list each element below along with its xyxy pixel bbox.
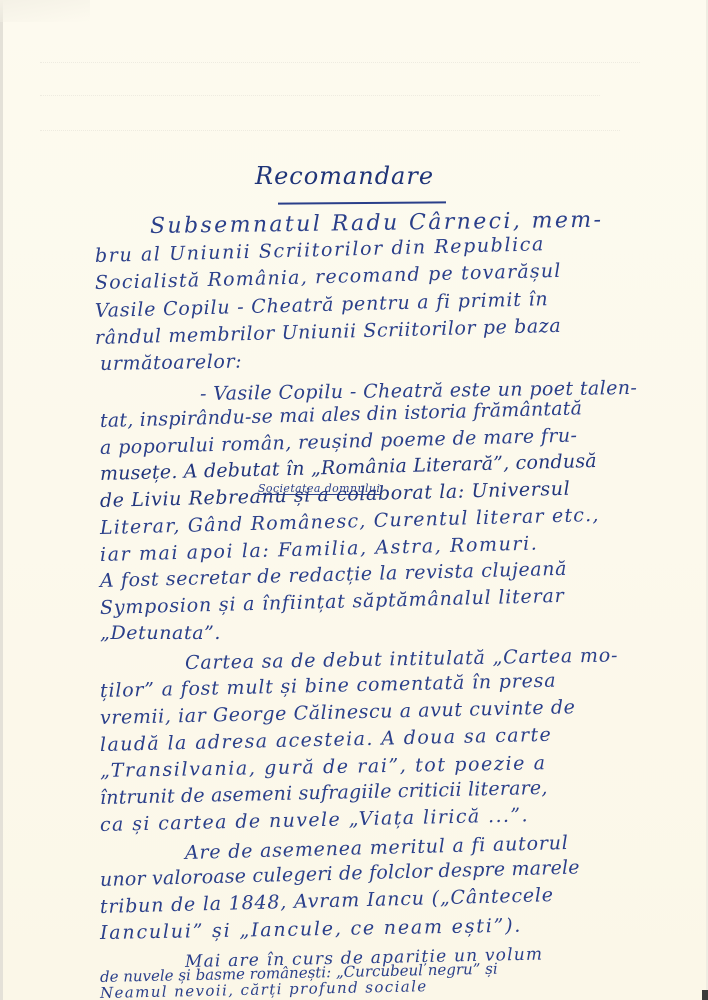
scan-edge xyxy=(702,990,708,1000)
handwritten-line: „Detunata”. xyxy=(100,622,221,644)
title-underline xyxy=(278,201,446,204)
handwritten-line: întrunit de asemeni sufragiile criticii … xyxy=(100,777,548,809)
bleed-through-text xyxy=(40,62,640,73)
bleed-through-text xyxy=(40,95,600,106)
handwritten-line: laudă la adresa acesteia. A doua sa cart… xyxy=(100,724,553,756)
handwritten-line: ților” a fost mult și bine comentată în … xyxy=(100,670,557,702)
document-title: Recomandare xyxy=(255,162,434,190)
handwritten-line: Iancului” și „Iancule, ce neam ești”). xyxy=(100,915,523,944)
paper-sheet: Recomandare Subsemnatul Radu Cârneci, me… xyxy=(0,0,708,1000)
handwritten-line: ca și cartea de nuvele „Viața lirică ...… xyxy=(100,804,529,836)
handwritten-line: următoarelor: xyxy=(100,351,243,375)
handwritten-insertion: Societatea domnului xyxy=(258,482,380,495)
folded-corner xyxy=(0,0,90,22)
bleed-through-text xyxy=(40,130,620,141)
